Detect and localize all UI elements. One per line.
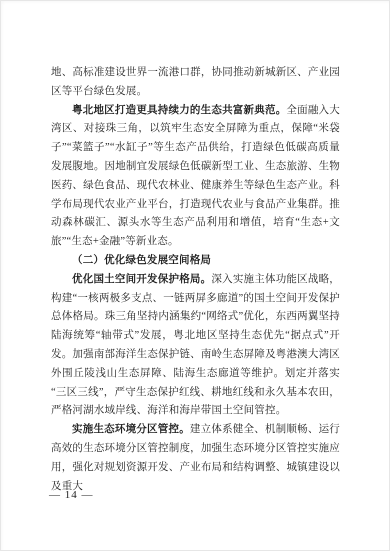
body-text: 地、高标准建设世界一流港口群，协同推动新城新区、产业园区等平台绿色发展。 粤北地… xyxy=(51,64,340,496)
paragraph-text: 深入实施主体功能区战略，构建“一核两极多支点、一链两屏多廊道”的国土空间开发保护… xyxy=(51,274,340,417)
document-page: 地、高标准建设世界一流港口群，协同推动新城新区、产业园区等平台绿色发展。 粤北地… xyxy=(0,0,390,551)
page-number: — 14 — xyxy=(49,487,94,503)
paragraph-lead: 粤北地区打造更具持续力的生态共富新典范。 xyxy=(72,105,286,116)
paragraph-fenquguankong: 实施生态环境分区管控。建立体系健全、机制顺畅、运行高效的生态环境分区管控制度，加… xyxy=(51,421,340,496)
paragraph-continuation: 地、高标准建设世界一流港口群，协同推动新城新区、产业园区等平台绿色发展。 xyxy=(51,64,340,102)
paragraph-guotukongjian: 优化国土空间开发保护格局。深入实施主体功能区战略，构建“一核两极多支点、一链两屏… xyxy=(51,271,340,421)
paragraph-text: 地、高标准建设世界一流港口群，协同推动新城新区、产业园区等平台绿色发展。 xyxy=(51,67,340,97)
section-heading-text: （二）优化绿色发展空间格局 xyxy=(72,255,211,266)
paragraph-yuebei: 粤北地区打造更具持续力的生态共富新典范。全面融入大湾区、对接珠三角，以筑牢生态安… xyxy=(51,102,340,252)
paragraph-lead: 优化国土空间开发保护格局。 xyxy=(72,274,211,285)
paragraph-text: 全面融入大湾区、对接珠三角，以筑牢生态安全屏障为重点，保障“米袋子”“菜篮子”“… xyxy=(51,105,340,248)
section-heading: （二）优化绿色发展空间格局 xyxy=(51,252,340,271)
paragraph-lead: 实施生态环境分区管控。 xyxy=(72,424,190,435)
